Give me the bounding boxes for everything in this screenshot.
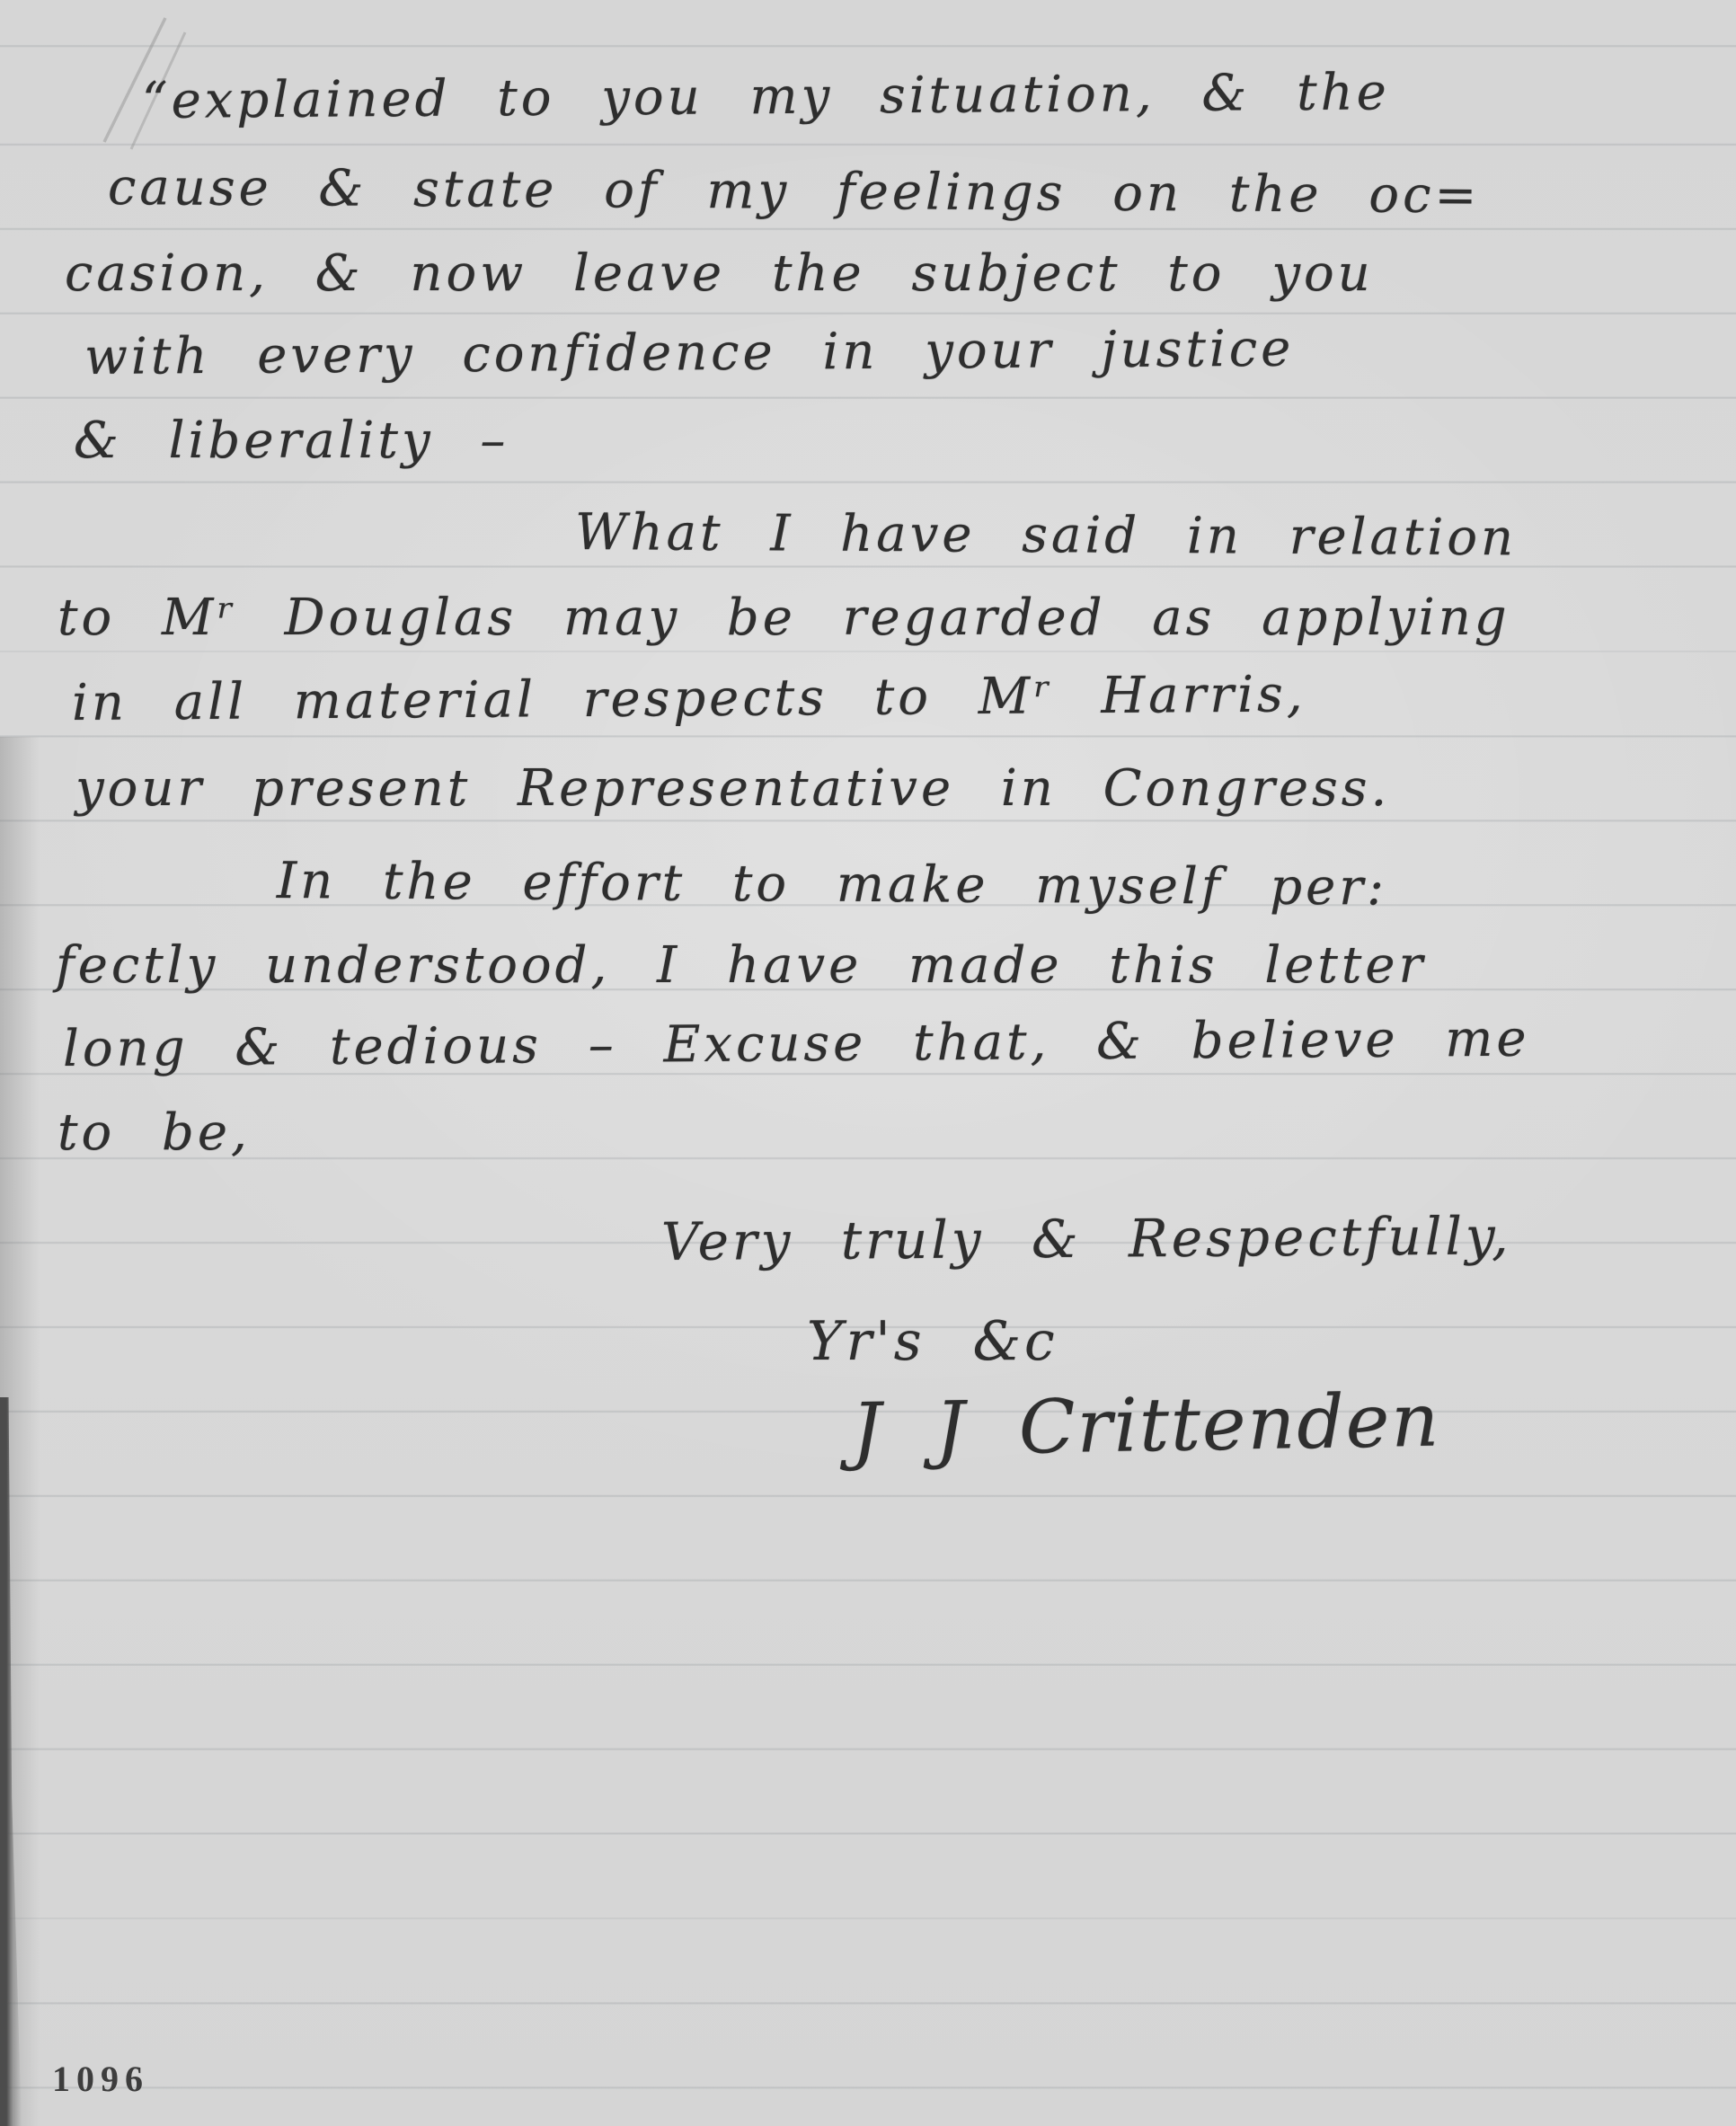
handwritten-line: cause & state of my feelings on the oc= <box>108 158 1481 225</box>
scan-edge-strip <box>0 1397 22 2126</box>
handwritten-line: fectly understood, I have made this lett… <box>56 936 1426 995</box>
scan-edge-shadow <box>0 737 47 2126</box>
handwritten-line: In the effort to make myself per: <box>277 852 1387 917</box>
handwritten-line: What I have said in relation <box>575 503 1518 567</box>
handwritten-line: long & tedious – Excuse that, & believe … <box>63 1010 1530 1078</box>
handwritten-line: in all material respects to Mʳ Harris, <box>72 665 1306 732</box>
valediction-line: Yr's &c <box>807 1310 1058 1373</box>
page-number: 1096 <box>52 2058 149 2100</box>
handwritten-line: with every confidence in your justice <box>84 320 1295 386</box>
handwritten-line: & liberality – <box>74 412 509 470</box>
handwritten-letter-scan: “explained to you my situation, & the ca… <box>0 0 1736 2126</box>
signature: J J Crittenden <box>851 1378 1441 1474</box>
handwritten-line: your present Representative in Congress. <box>75 759 1390 818</box>
handwritten-line: to be, <box>58 1103 251 1162</box>
handwritten-line: to Mʳ Douglas may be regarded as applyin… <box>58 589 1510 647</box>
handwritten-line: casion, & now leave the subject to you <box>65 244 1374 303</box>
closing-line: Very truly & Respectfully, <box>661 1205 1512 1272</box>
handwritten-line: “explained to you my situation, & the <box>142 63 1390 130</box>
